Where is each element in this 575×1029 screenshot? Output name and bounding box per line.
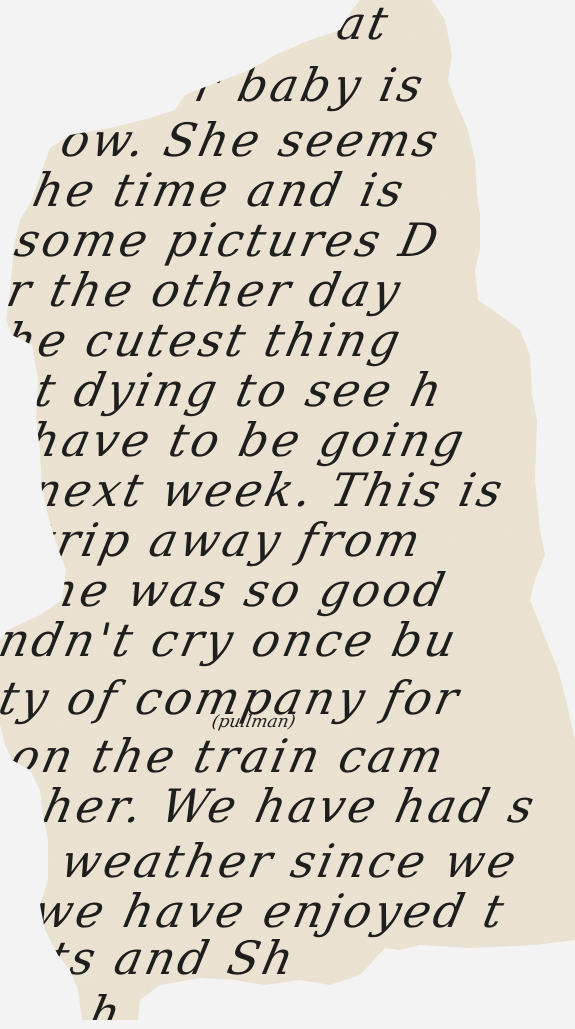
inserted-word-pullman: (pullman) xyxy=(210,712,297,732)
text-line: some pictures D xyxy=(11,217,445,263)
text-line: next week. This is xyxy=(27,467,509,513)
text-line: t dying to see h xyxy=(31,367,449,413)
letter-fragment: at r baby is ow. She seems he time and i… xyxy=(0,0,575,1029)
text-line: he cutest thing xyxy=(1,317,407,363)
text-line: he was so good xyxy=(43,567,451,613)
text-line: weather since we xyxy=(57,838,523,884)
text-line: ndn't cry once bu xyxy=(0,617,463,663)
text-line: on the train cam xyxy=(7,733,450,779)
text-line: he time and is xyxy=(29,167,410,213)
text-line: have to be going xyxy=(25,417,471,463)
text-line: her. We have had s xyxy=(39,783,541,829)
text-line: we have enjoyed t xyxy=(29,888,510,934)
text-line: trip away from xyxy=(31,517,427,563)
text-line: r the other day xyxy=(3,267,407,313)
